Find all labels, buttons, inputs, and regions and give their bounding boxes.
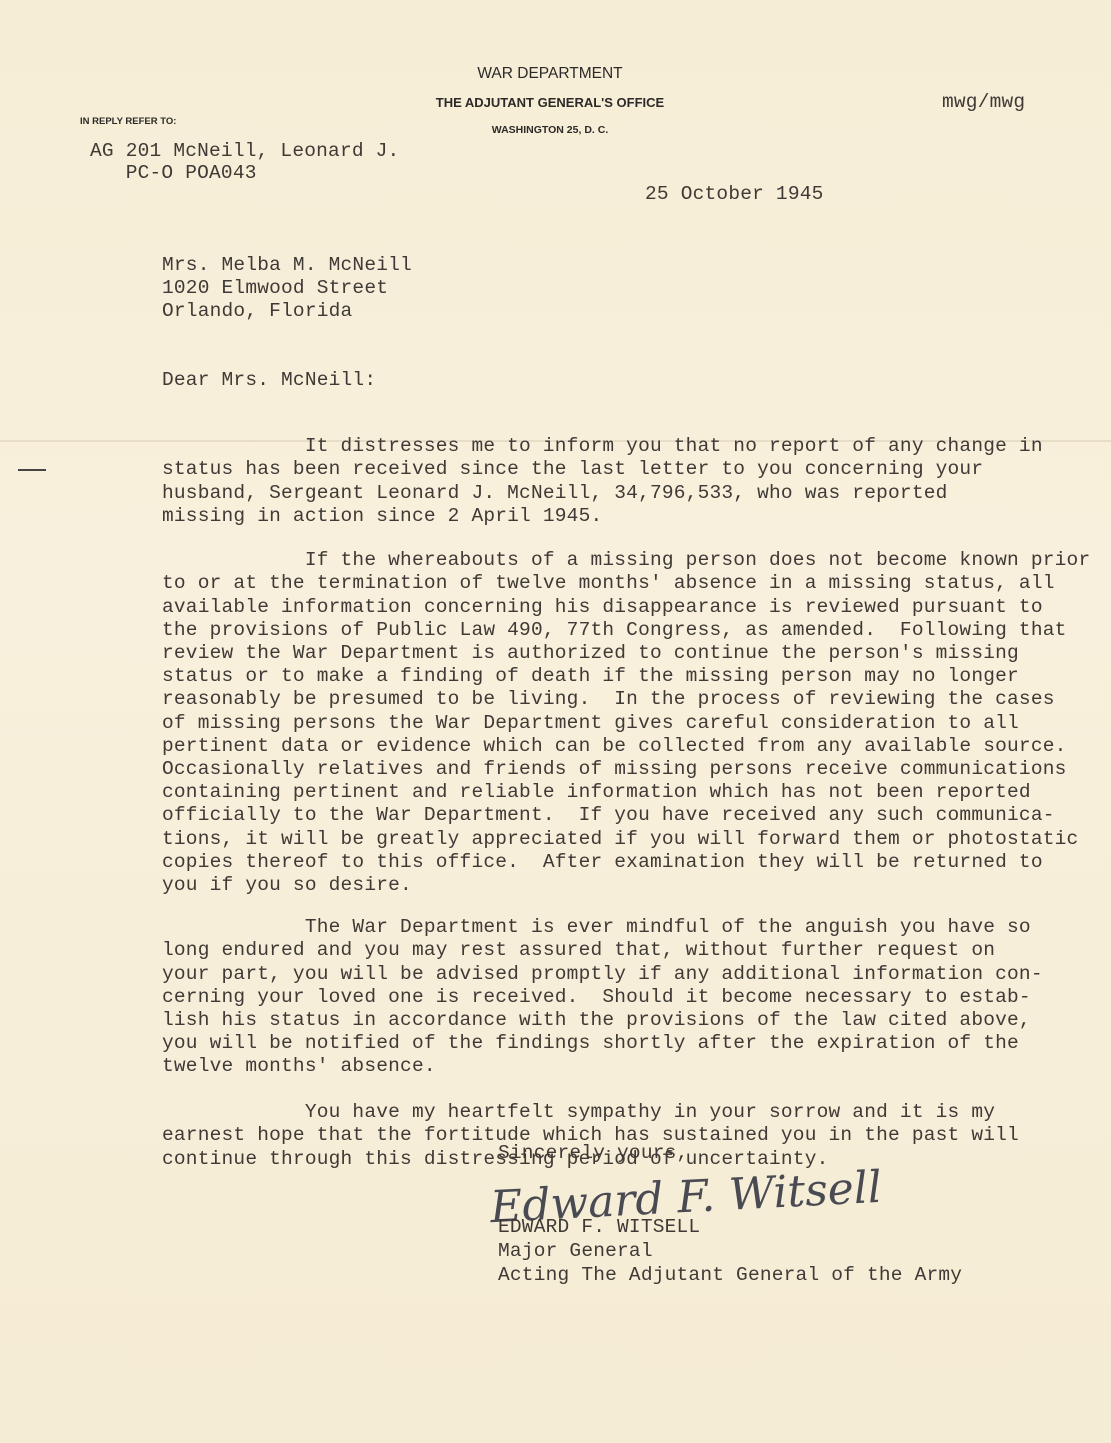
paragraph-2: If the whereabouts of a missing person d… [162,526,1090,897]
closing: Sincerely yours, [498,1142,688,1165]
signer-rank: Major General [498,1240,653,1263]
letter-date: 25 October 1945 [645,183,824,206]
reference-line-1: AG 201 McNeill, Leonard J. [90,140,399,163]
reply-label: IN REPLY REFER TO: [80,116,176,127]
letterhead-city: WASHINGTON 25, D. C. [430,124,670,136]
typist-initials: mwg/mwg [942,91,1025,114]
paragraph-3: The War Department is ever mindful of th… [162,893,1043,1079]
signer-name: EDWARD F. WITSELL [498,1216,700,1239]
address-line: 1020 Elmwood Street [162,277,388,300]
paragraph-1: It distresses me to inform you that no r… [162,412,1043,528]
salutation: Dear Mrs. McNeill: [162,369,376,392]
letter-page: WAR DEPARTMENT THE ADJUTANT GENERAL'S OF… [0,0,1111,1443]
signer-title: Acting The Adjutant General of the Army [498,1264,962,1287]
address-line: Orlando, Florida [162,300,352,323]
letterhead-dept: WAR DEPARTMENT [380,65,720,83]
margin-mark [18,469,46,471]
address-line: Mrs. Melba M. McNeill [162,254,412,277]
letterhead-office: THE ADJUTANT GENERAL'S OFFICE [380,95,720,110]
reference-line-2: PC-O POA043 [90,162,257,185]
